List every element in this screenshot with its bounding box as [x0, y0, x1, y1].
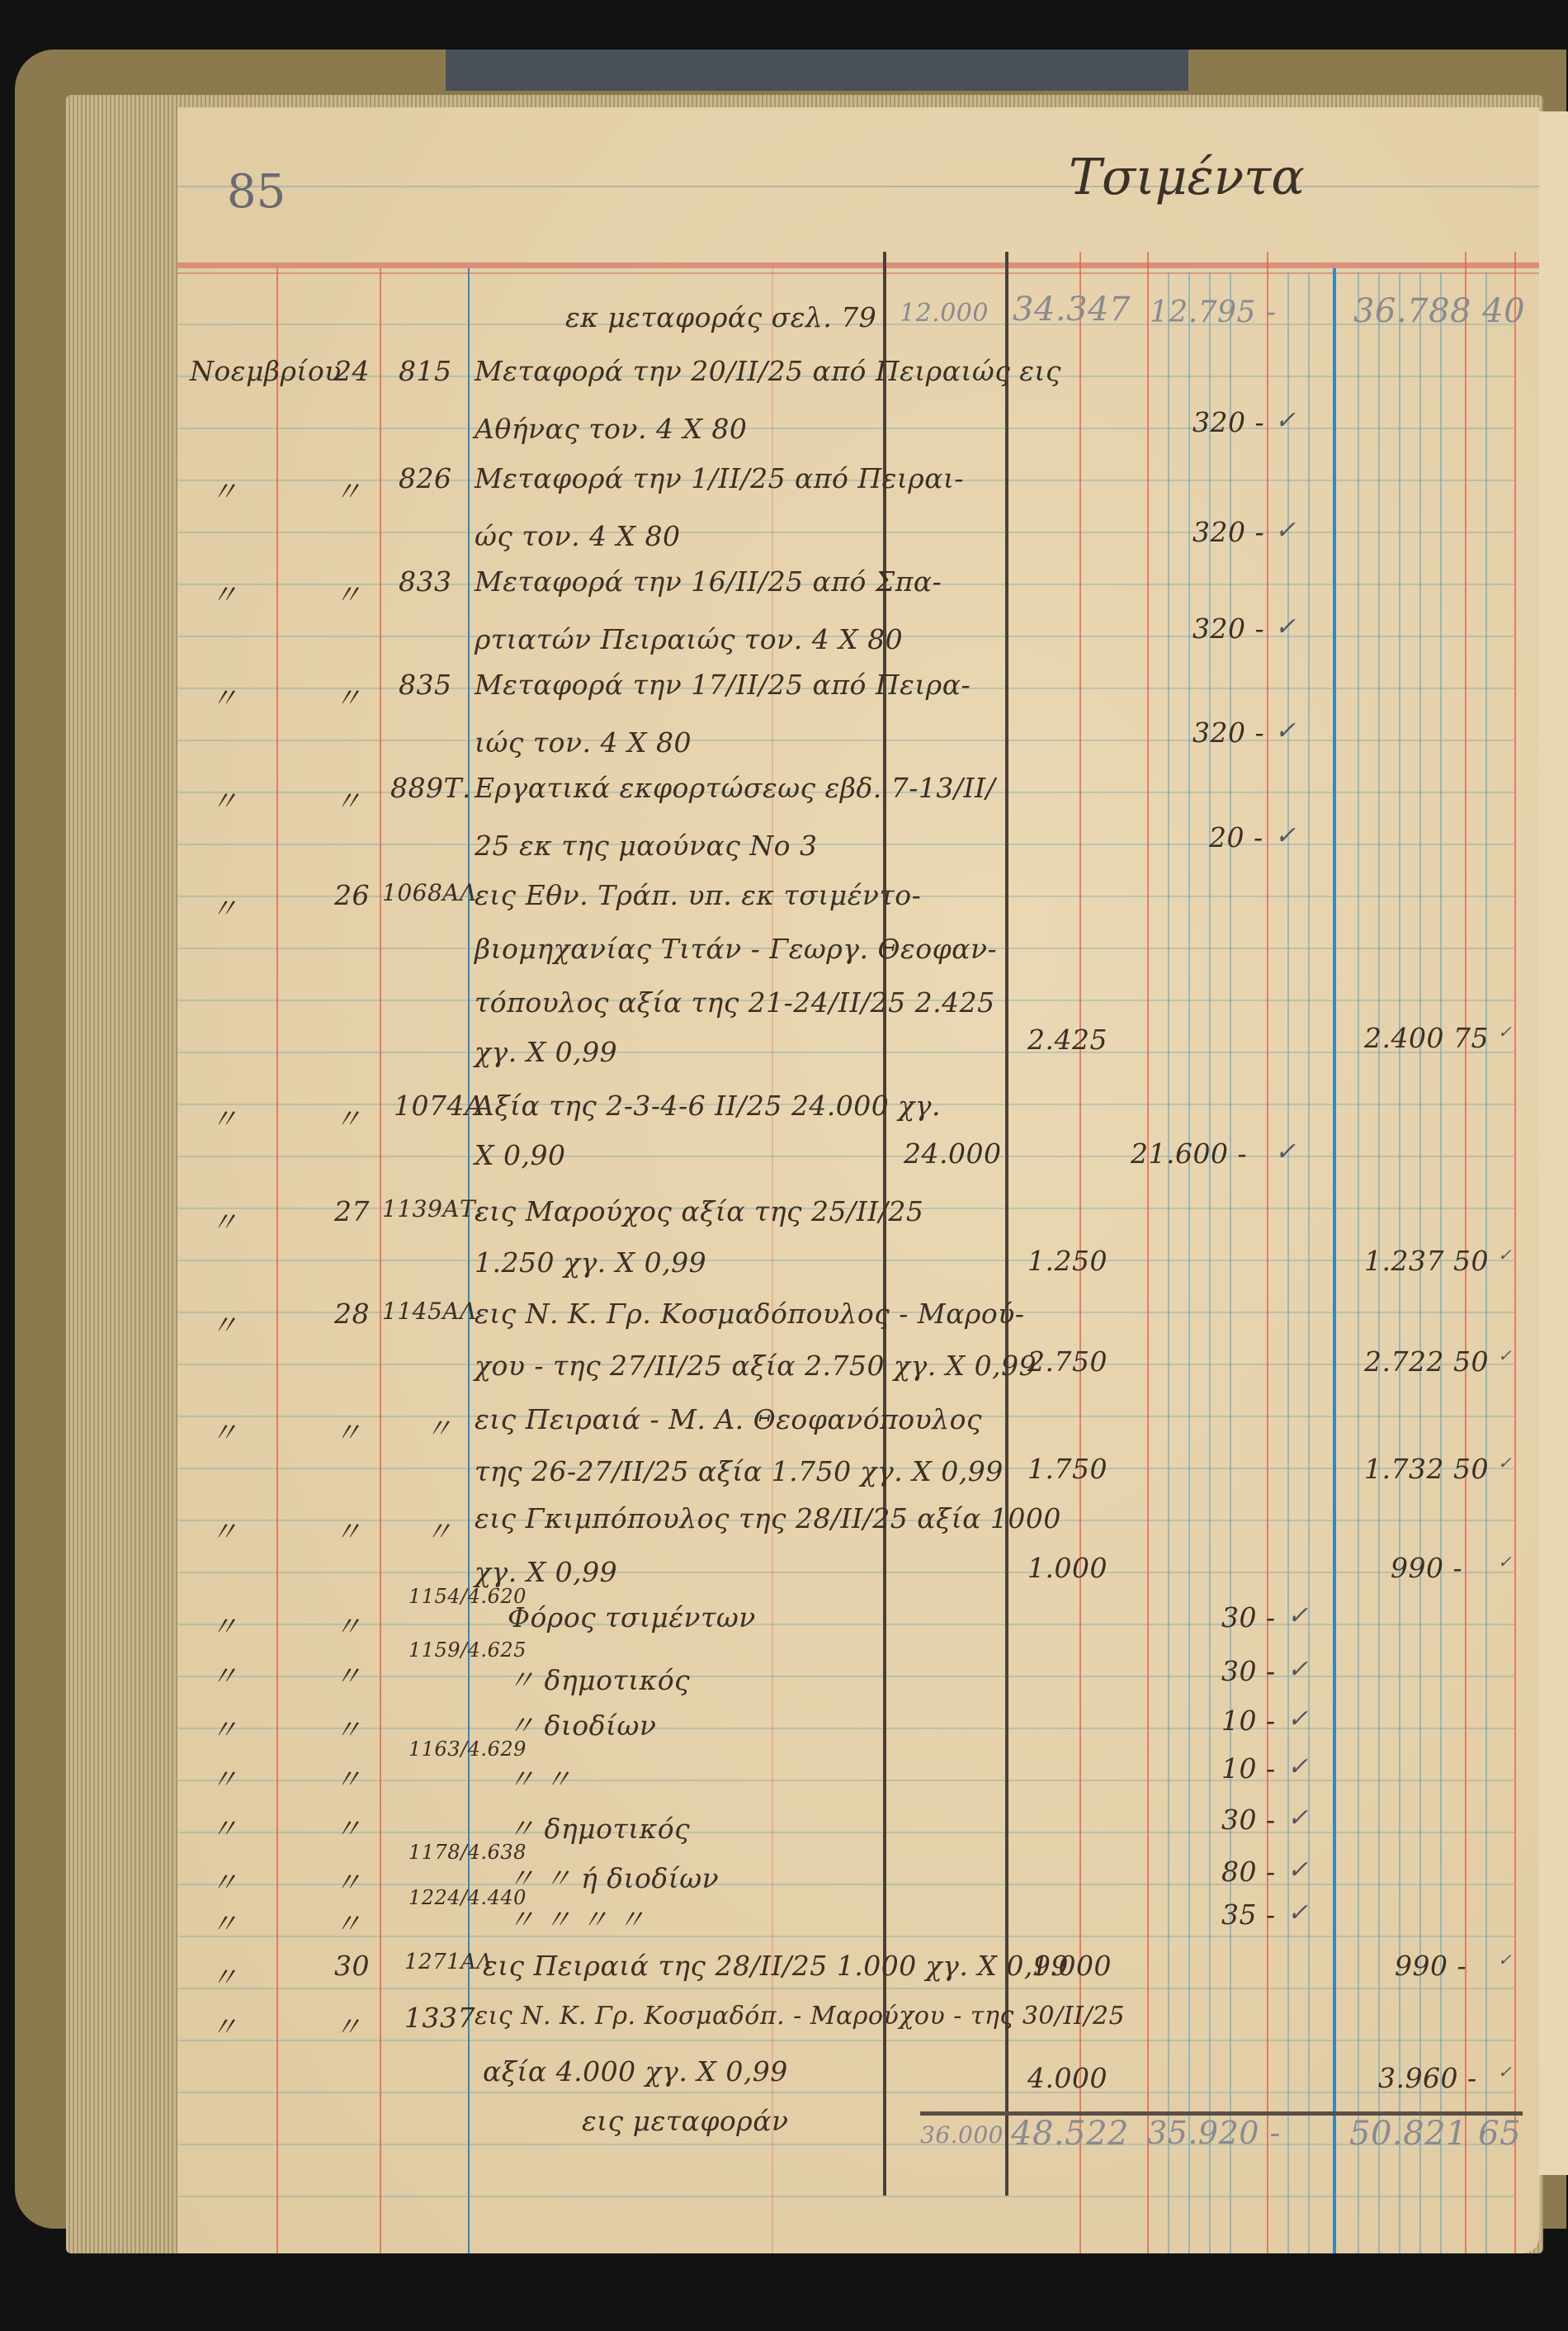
entry-description: ρτιατών Πειραιώς τον. 4 X 80	[475, 623, 903, 655]
entry-ref: 1163/4.629	[409, 1738, 527, 1761]
entry-amount: 1.000	[1027, 1552, 1108, 1584]
entry-description: εις Εθν. Τράπ. υπ. εκ τσιμέντο-	[475, 879, 921, 911]
entry-ref: 826	[399, 462, 452, 494]
entry-description: τόπουλος αξία της 21-24/ΙΙ/25 2.425	[475, 986, 995, 1019]
check-mark-icon: ✓	[1275, 716, 1296, 745]
entry-ref: 1074Α	[394, 1090, 484, 1122]
check-mark-icon: ✓	[1498, 1950, 1512, 1969]
entry-description: Εργατικά εκφορτώσεως εβδ. 7-13/ΙΙ/	[475, 772, 995, 804]
total-col-d: 50.821 65	[1349, 2115, 1521, 2153]
entry-day: 〃	[334, 677, 362, 716]
entry-ref: 833	[399, 565, 452, 598]
entry-month: 〃	[210, 574, 239, 612]
header-rule	[177, 262, 1539, 268]
entry-description: εις Μαρούχος αξία της 25/ΙΙ/25	[475, 1195, 923, 1227]
check-mark-icon: ✓	[1287, 1752, 1309, 1781]
entry-ref: 〃	[425, 1511, 453, 1549]
entry-ref: 1337	[404, 2002, 475, 2034]
entry-month: 〃	[210, 1098, 239, 1137]
entry-month: 〃	[210, 1411, 239, 1450]
entry-month: 〃	[210, 2006, 239, 2045]
entry-description: 〃 διοδίων	[508, 1705, 656, 1743]
entry-description: Μεταφορά την 20/ΙΙ/25 από Πειραιώς εις	[475, 355, 1061, 387]
entry-amount: 2.750	[1027, 1345, 1108, 1378]
entry-month: 〃	[210, 1655, 239, 1694]
entry-day: 〃	[334, 574, 362, 612]
check-mark-icon: ✓	[1287, 1856, 1309, 1884]
entry-description: 1.250 χγ. X 0,99	[475, 1246, 706, 1279]
page-number: 85	[227, 165, 286, 219]
entry-amount: 30 -	[1221, 1655, 1276, 1687]
check-mark-icon: ✓	[1275, 821, 1296, 850]
entry-amount: 2.425	[1027, 1024, 1108, 1056]
entry-amount: 80 -	[1221, 1856, 1276, 1888]
entry-description: 〃 δημοτικός	[508, 1659, 690, 1698]
entry-description: 〃 〃	[508, 1758, 572, 1797]
entry-description: 〃 〃 ή διοδίων	[508, 1857, 719, 1896]
check-mark-icon: ✓	[1498, 1022, 1512, 1042]
entry-description: χγ. X 0,99	[475, 1036, 617, 1068]
check-mark-icon: ✓	[1275, 516, 1296, 545]
entry-amount: 320 -	[1193, 716, 1264, 749]
entry-ref: 835	[399, 669, 452, 701]
entry-amount: 990 -	[1391, 1552, 1462, 1584]
account-title: Τσιμέντα	[1069, 149, 1305, 206]
entry-amount: 1.250	[1027, 1245, 1108, 1277]
entry-day: 〃	[334, 780, 362, 819]
entry-description: χου - της 27/ΙΙ/25 αξία 2.750 χγ. X 0,99	[475, 1350, 1037, 1382]
entry-amount: 1.000	[1032, 1950, 1112, 1982]
entry-amount: 990 -	[1395, 1950, 1466, 1982]
entry-amount: 35 -	[1221, 1898, 1276, 1931]
check-mark-icon: ✓	[1498, 2062, 1512, 2082]
check-mark-icon: ✓	[1275, 406, 1296, 435]
entry-month: 〃	[210, 1903, 239, 1941]
entry-amount: 4.000	[1027, 2062, 1108, 2094]
entry-month: Νοεμβρίου	[190, 355, 342, 387]
carry-forward-label: εις μεταφοράν	[582, 2105, 789, 2137]
check-mark-icon: ✓	[1275, 1137, 1296, 1166]
entry-month: 〃	[210, 1808, 239, 1846]
entry-description: ιώς τον. 4 X 80	[475, 726, 692, 759]
entry-day: 〃	[334, 2006, 362, 2045]
entry-description: Αθήνας τον. 4 X 80	[475, 413, 747, 445]
entry-ref: 889Τ.	[390, 772, 471, 804]
entry-description: χγ. X 0,99	[475, 1556, 617, 1588]
entry-amount: 3.960 -	[1378, 2062, 1477, 2094]
entry-month: 〃	[210, 1304, 239, 1343]
entry-ref: 〃	[425, 1407, 453, 1446]
entry-description: 〃 〃 〃 〃	[508, 1898, 645, 1937]
entry-amount: 20 -	[1209, 821, 1263, 853]
entry-month: 〃	[210, 780, 239, 819]
header-rule	[177, 186, 1539, 187]
total-col-a: 36.000	[920, 2121, 1004, 2149]
entry-amount: 10 -	[1221, 1705, 1276, 1737]
check-mark-icon: ✓	[1287, 1804, 1309, 1832]
carried-forward-col-c: 12.795 -	[1150, 296, 1277, 329]
entry-month: 〃	[210, 887, 239, 926]
entry-month: 〃	[210, 1511, 239, 1549]
check-mark-icon: ✓	[1498, 1552, 1512, 1572]
entry-day: 〃	[334, 1903, 362, 1941]
entry-day: 〃	[334, 1511, 362, 1549]
entry-amount: 10 -	[1221, 1752, 1276, 1785]
entry-month: 〃	[210, 1709, 239, 1747]
entry-description: X 0,90	[475, 1139, 565, 1171]
entry-description: 〃 δημοτικός	[508, 1808, 690, 1846]
entry-description: εις Ν. Κ. Γρ. Κοσμαδόπ. - Μαρούχου - της…	[475, 2002, 1125, 2031]
entry-day: 26	[334, 879, 370, 911]
entry-month: 〃	[210, 1758, 239, 1797]
entry-description: βιομηχανίας Τιτάν - Γεωργ. Θεοφαν-	[475, 933, 997, 965]
entry-ref: 1068ΑΛ	[382, 879, 477, 906]
entry-description: ώς τον. 4 X 80	[475, 520, 681, 552]
entry-description: εις Ν. Κ. Γρ. Κοσμαδόπουλος - Μαρού-	[475, 1298, 1024, 1330]
entry-day: 〃	[334, 1411, 362, 1450]
ledger-page: 85 Τσιμέντα εκ μεταφοράς σελ. 79 12.000 …	[177, 107, 1539, 2253]
carried-forward-col-d: 36.788 40	[1353, 292, 1525, 330]
check-mark-icon: ✓	[1287, 1898, 1309, 1927]
entry-day: 〃	[334, 470, 362, 509]
entry-description: εις Πειραιά της 28/ΙΙ/25 1.000 χγ. X 0,9…	[483, 1950, 1069, 1982]
entry-ref: 1159/4.625	[409, 1638, 527, 1662]
check-mark-icon: ✓	[1498, 1245, 1512, 1265]
entry-amount: 320 -	[1193, 406, 1264, 438]
entry-amount: 21.600 -	[1131, 1137, 1247, 1170]
entry-month: 〃	[210, 1201, 239, 1240]
entry-day: 〃	[334, 1655, 362, 1694]
entry-amount: 320 -	[1193, 612, 1264, 645]
check-mark-icon: ✓	[1287, 1601, 1309, 1630]
entry-amount: 1.732 50	[1364, 1453, 1489, 1485]
entry-description: Αξία της 2-3-4-6 ΙΙ/25 24.000 χγ.	[475, 1090, 941, 1122]
entry-month: 〃	[210, 1861, 239, 1900]
check-mark-icon: ✓	[1287, 1655, 1309, 1684]
entry-amount: 30 -	[1221, 1804, 1276, 1836]
entry-day: 〃	[334, 1758, 362, 1797]
entry-day: 〃	[334, 1808, 362, 1846]
entry-description: Φόρος τσιμέντων	[508, 1601, 756, 1634]
carried-forward-col-b: 34.347	[1013, 291, 1131, 329]
entry-description: Μεταφορά την 1/ΙΙ/25 από Πειραι-	[475, 462, 964, 494]
entry-amount: 24.000	[904, 1137, 1001, 1170]
check-mark-icon: ✓	[1287, 1705, 1309, 1733]
entry-description: 25 εκ της μαούνας Νο 3	[475, 830, 818, 862]
entry-amount: 2.400 75	[1364, 1022, 1489, 1054]
entry-month: 〃	[210, 677, 239, 716]
check-mark-icon: ✓	[1498, 1453, 1512, 1473]
entry-ref: 1139ΑΤ.	[382, 1195, 484, 1222]
entry-description: εις Πειραιά - Μ. Α. Θεοφανόπουλος	[475, 1403, 982, 1435]
total-col-c: 35.920 -	[1147, 2115, 1281, 2151]
entry-day: 30	[334, 1950, 370, 1982]
entry-day: 〃	[334, 1861, 362, 1900]
entry-ref: 1145ΑΛ	[382, 1298, 477, 1325]
entry-day: 〃	[334, 1605, 362, 1644]
entry-day: 28	[334, 1298, 370, 1330]
carried-forward-col-a: 12.000	[900, 299, 989, 328]
entry-month: 〃	[210, 470, 239, 509]
entry-description: Μεταφορά την 16/ΙΙ/25 από Σπα-	[475, 565, 942, 598]
entry-amount: 30 -	[1221, 1601, 1276, 1634]
entry-description: της 26-27/ΙΙ/25 αξία 1.750 χγ. X 0,99	[475, 1455, 1004, 1487]
cover-patch	[446, 50, 1188, 91]
entry-amount: 2.722 50	[1364, 1345, 1489, 1378]
entry-day: 〃	[334, 1709, 362, 1747]
entry-day: 27	[334, 1195, 370, 1227]
entry-description: αξία 4.000 χγ. X 0,99	[483, 2055, 788, 2087]
entry-amount: 1.750	[1027, 1453, 1108, 1485]
entry-day: 24	[334, 355, 370, 387]
entry-ref: 815	[399, 355, 452, 387]
entry-ref: 1271ΑΛ	[404, 1950, 493, 1974]
total-col-b: 48.522	[1011, 2115, 1129, 2153]
carried-forward-label: εκ μεταφοράς σελ. 79	[565, 301, 876, 333]
entry-month: 〃	[210, 1956, 239, 1995]
check-mark-icon: ✓	[1275, 612, 1296, 641]
entry-month: 〃	[210, 1605, 239, 1644]
entry-description: εις Γκιμπόπουλος της 28/ΙΙ/25 αξία 1000	[475, 1502, 1061, 1534]
check-mark-icon: ✓	[1498, 1345, 1512, 1365]
entry-amount: 1.237 50	[1364, 1245, 1489, 1277]
entry-description: Μεταφορά την 17/ΙΙ/25 από Πειρα-	[475, 669, 971, 701]
entry-day: 〃	[334, 1098, 362, 1137]
entry-amount: 320 -	[1193, 516, 1264, 548]
